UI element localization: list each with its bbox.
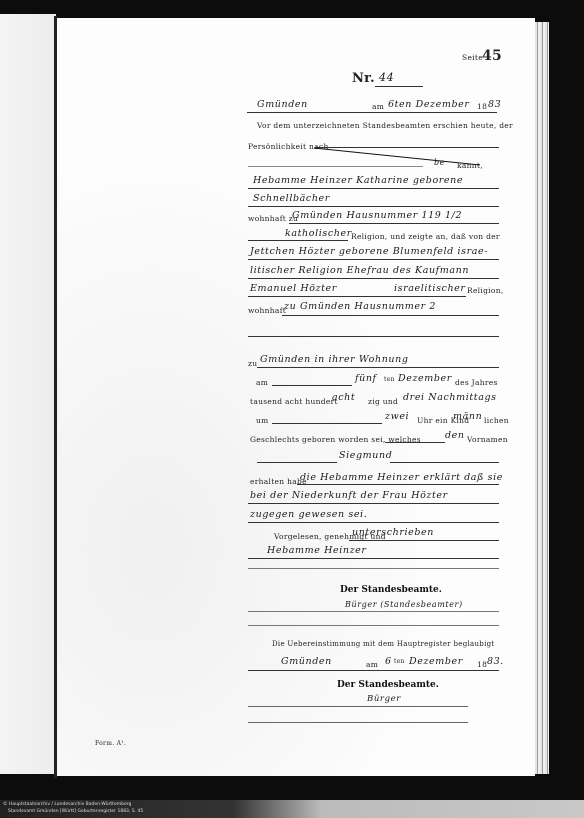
place: Gmünden xyxy=(257,99,308,110)
rule xyxy=(248,625,499,626)
caption-line-2: Standesamt Gmünden [Württ] Geburtenregis… xyxy=(8,809,143,814)
zu-label: zu xyxy=(248,359,257,368)
page-edges xyxy=(535,22,549,774)
wohnhaft-label: wohnhaft zu xyxy=(248,214,298,223)
rule xyxy=(257,462,337,463)
wohnhaft-label-2: wohnhaft xyxy=(248,306,286,315)
birth-year-unit: drei Nachmittags xyxy=(403,392,497,403)
rule xyxy=(248,188,499,189)
ten-label: ten xyxy=(384,376,395,383)
remark-line-2: bei der Niederkunft der Frau Hözter xyxy=(250,490,448,501)
caption-line-1: © Hauptstaatsarchiv / Landesarchiv Baden… xyxy=(3,802,131,807)
informant-residence: Gmünden Hausnummer 119 1/2 xyxy=(292,210,462,221)
rule xyxy=(272,385,352,386)
uebereinstimmung-text: Die Uebereinstimmung mit dem Hauptregist… xyxy=(272,640,495,648)
child-given-name: Siegmund xyxy=(339,450,392,461)
religion-label: Religion, und zeigte an, daß von der xyxy=(351,232,500,241)
tausend-label: tausend acht hundert xyxy=(250,397,338,406)
cert-am: am xyxy=(366,660,378,669)
intro-text: Vor dem unterzeichneten Standesbeamten e… xyxy=(257,121,513,130)
rule xyxy=(248,296,466,297)
rule xyxy=(248,259,499,260)
archive-caption-bar: © Hauptstaatsarchiv / Landesarchiv Baden… xyxy=(0,800,584,818)
child-sex: männ xyxy=(453,411,482,422)
rule xyxy=(248,706,468,707)
cert-ten: ten xyxy=(394,658,405,665)
rule xyxy=(289,223,499,224)
rule xyxy=(248,568,499,569)
remark-line-3: zugegen gewesen sei. xyxy=(250,509,367,520)
page-number: 45 xyxy=(482,48,502,64)
welches-hand: den xyxy=(445,430,465,441)
signature-informant: Hebamme Heinzer xyxy=(267,545,367,556)
rule xyxy=(248,166,423,167)
rule xyxy=(248,240,348,241)
rule xyxy=(257,367,499,368)
des-jahres-label: des Jahres xyxy=(455,378,498,387)
rule xyxy=(248,611,499,612)
mother-line-2: litischer Religion Ehefrau des Kaufmann xyxy=(250,265,469,276)
mother-line-1: Jettchen Hözter geborene Blumenfeld isra… xyxy=(250,246,488,257)
standesbeamte-heading: Der Standesbeamte. xyxy=(340,585,442,595)
entry-number: 44 xyxy=(379,71,394,84)
rule xyxy=(248,336,499,337)
rule xyxy=(349,540,499,541)
cert-month: Dezember xyxy=(409,656,463,667)
rule xyxy=(297,484,499,485)
cert-place: Gmünden xyxy=(281,656,332,667)
rule xyxy=(248,558,499,559)
vornamen-label: Vornamen xyxy=(467,435,508,444)
lichen-label: lichen xyxy=(484,416,509,425)
cert-year-hand: 83. xyxy=(487,656,504,667)
signature-cert: Bürger xyxy=(367,694,401,704)
rule xyxy=(248,206,499,207)
religion-label-2: Religion, xyxy=(467,286,504,295)
informant-religion: katholischer xyxy=(285,228,352,239)
rule xyxy=(390,462,499,463)
bekannt-label: kannt, xyxy=(457,161,483,170)
zig-und-label: zig und xyxy=(368,397,398,406)
rule xyxy=(248,522,499,523)
birth-month: Dezember xyxy=(398,373,452,384)
informant-name: Hebamme Heinzer Katharine geborene xyxy=(253,175,463,186)
register-page: Seite 45 Nr. 44 Gmünden am 6ten Dezember… xyxy=(57,18,535,776)
year-hand: 83 xyxy=(488,99,501,110)
entry-label: Nr. xyxy=(352,71,375,86)
birth-place: Gmünden in ihrer Wohnung xyxy=(260,354,409,365)
birth-hour: zwei xyxy=(385,411,409,422)
rule xyxy=(248,278,499,279)
bekannt-hand: be xyxy=(434,158,445,167)
form-label: Form. A¹. xyxy=(95,740,126,747)
rule xyxy=(385,442,445,443)
am-label: am xyxy=(256,378,268,387)
remark-line-1: die Hebamme Heinzer erklärt daß sie xyxy=(300,472,503,483)
informant-maiden-name: Schnellbächer xyxy=(253,193,330,204)
cert-day: 6 xyxy=(385,656,392,667)
parents-religion: israelitischer xyxy=(394,283,466,294)
rule xyxy=(272,423,382,424)
rule xyxy=(248,670,499,671)
parents-residence: zu Gmünden Hausnummer 2 xyxy=(284,301,436,312)
rule xyxy=(248,722,468,723)
left-facing-page xyxy=(0,14,56,774)
rule xyxy=(282,315,499,316)
year-printed: 18 xyxy=(477,102,487,111)
rule xyxy=(248,503,499,504)
word-am: am xyxy=(372,102,384,111)
entry-number-underline xyxy=(375,86,423,87)
page-label: Seite xyxy=(462,53,483,62)
signed-word: unterschrieben xyxy=(352,527,434,538)
standesbeamte-heading-2: Der Standesbeamte. xyxy=(337,680,439,690)
cert-year-printed: 18 xyxy=(477,660,487,669)
birth-decade: acht xyxy=(332,392,355,403)
signature-official: Bürger (Standesbeamter) xyxy=(345,600,463,609)
father-name: Emanuel Hözter xyxy=(250,283,337,294)
rule xyxy=(247,112,497,113)
birth-day: fünf xyxy=(355,373,377,384)
registration-date: 6ten Dezember xyxy=(388,99,470,110)
um-label: um xyxy=(256,416,269,425)
